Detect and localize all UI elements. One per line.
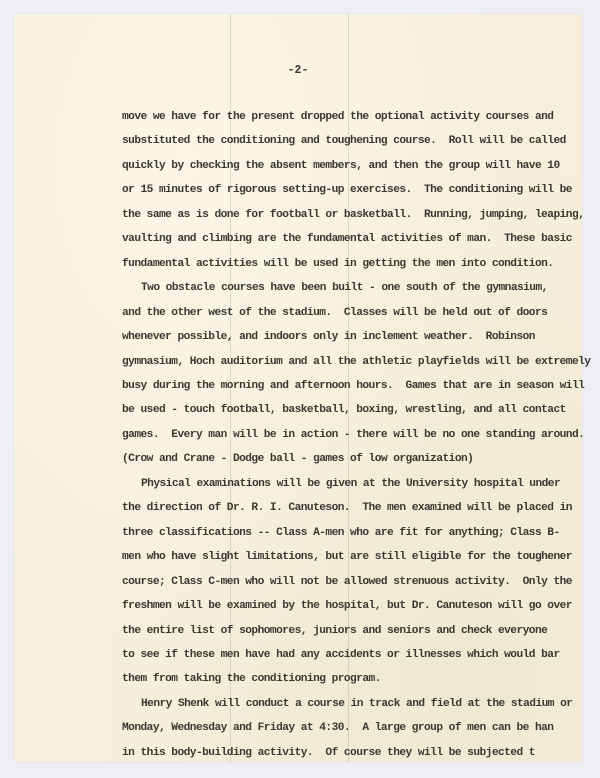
text-line: to see if these men have had any acciden… [122,643,562,667]
text-line: the same as is done for football or bask… [122,203,562,227]
page-number: -2- [14,64,582,77]
text-line: vaulting and climbing are the fundamenta… [122,227,562,251]
text-line: fundamental activities will be used in g… [122,252,562,276]
text-line: (Crow and Crane - Dodge ball - games of … [122,447,562,471]
text-line: games. Every man will be in action - the… [122,423,562,447]
text-line: gymnasium, Hoch auditorium and all the a… [122,350,562,374]
paragraph-start-line: Two obstacle courses have been built - o… [122,276,562,300]
text-line: and the other west of the stadium. Class… [122,301,562,325]
text-line: be used - touch football, basketball, bo… [122,398,562,422]
paragraph-start-line: Physical examinations will be given at t… [122,472,562,496]
text-line: them from taking the conditioning progra… [122,667,562,691]
text-line: the direction of Dr. R. I. Canuteson. Th… [122,496,562,520]
typewritten-page: -2- move we have for the present dropped… [14,14,582,762]
text-line: quickly by checking the absent members, … [122,154,562,178]
text-line: busy during the morning and afternoon ho… [122,374,562,398]
paragraph-start-line: Henry Shenk will conduct a course in tra… [122,692,562,716]
text-line: move we have for the present dropped the… [122,105,562,129]
text-line: the entire list of sophomores, juniors a… [122,619,562,643]
text-line: substituted the conditioning and toughen… [122,129,562,153]
text-line: Monday, Wednesday and Friday at 4:30. A … [122,716,562,740]
text-line: in this body-building activity. Of cours… [122,741,562,765]
text-line: whenever possible, and indoors only in i… [122,325,562,349]
text-line: freshmen will be examined by the hospita… [122,594,562,618]
text-line: course; Class C-men who will not be allo… [122,570,562,594]
text-line: men who have slight limitations, but are… [122,545,562,569]
text-line: or 15 minutes of rigorous setting-up exe… [122,178,562,202]
document-body: move we have for the present dropped the… [122,105,562,765]
text-line: three classifications -- Class A-men who… [122,521,562,545]
